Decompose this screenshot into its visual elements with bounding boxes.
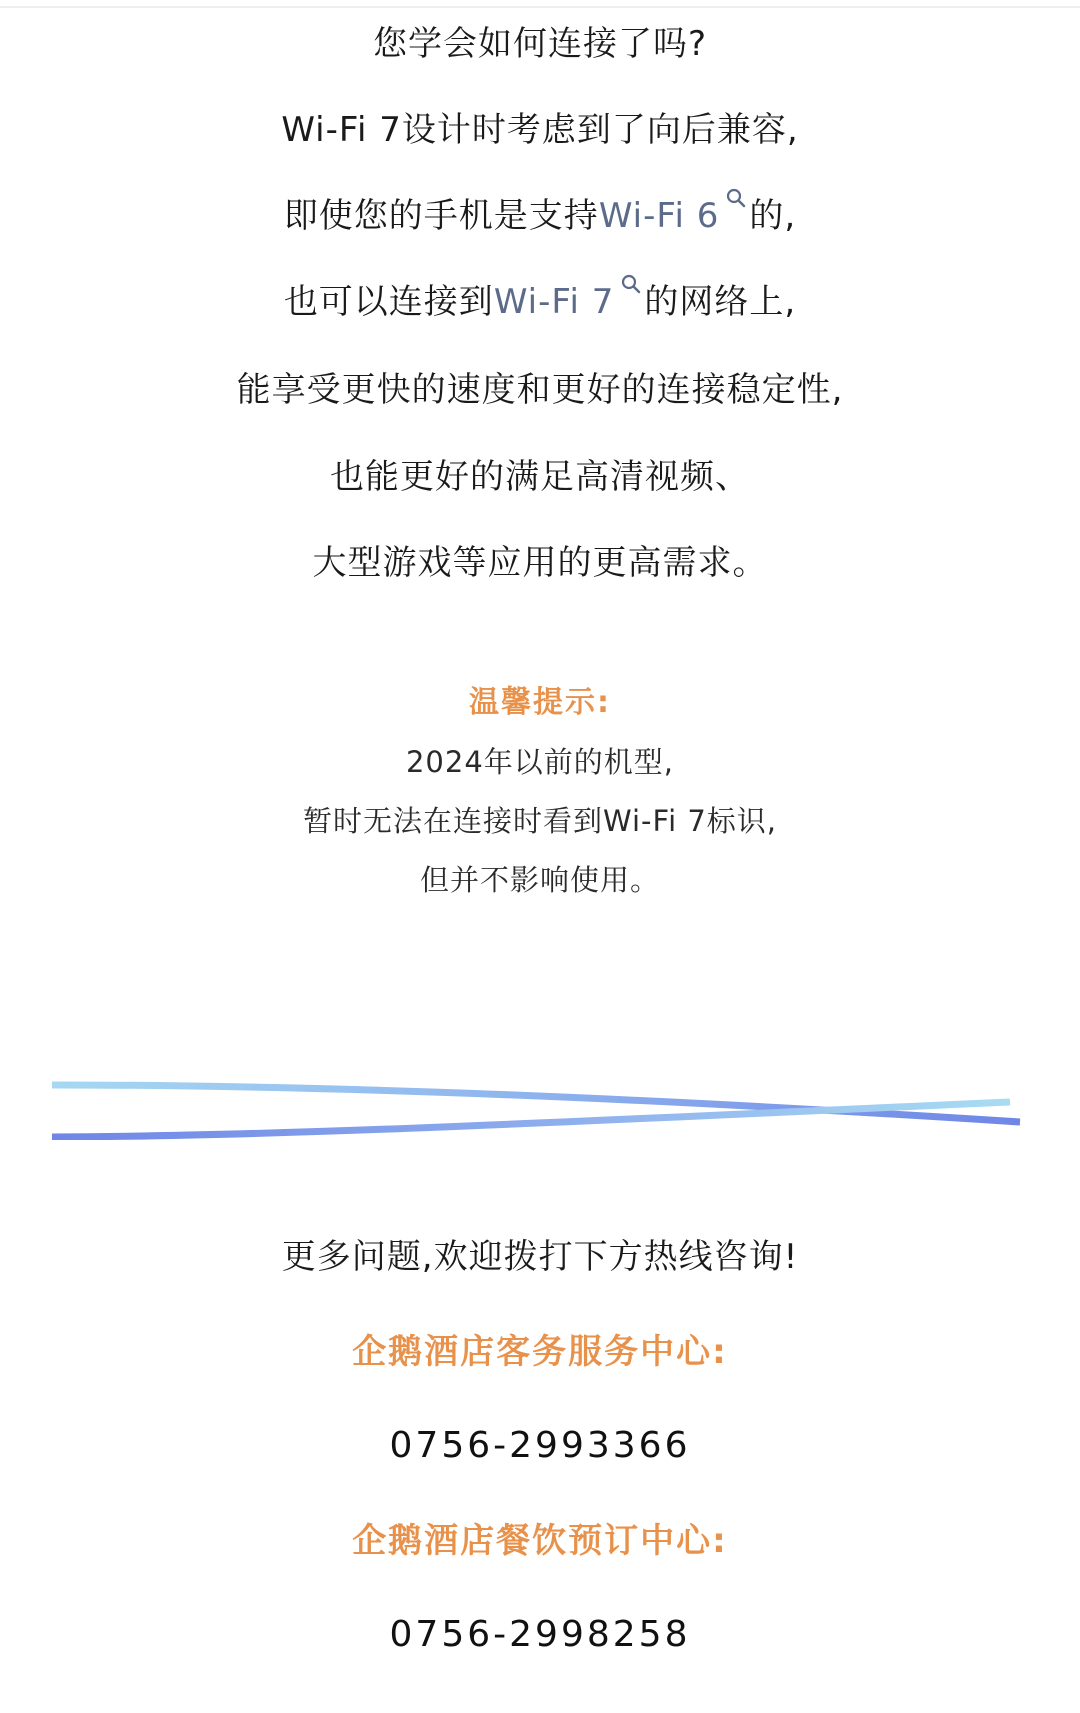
paragraph-text: 的, bbox=[749, 196, 796, 236]
intro-question: 您学会如何连接了吗? bbox=[0, 27, 1080, 61]
search-icon[interactable] bbox=[620, 273, 642, 295]
link-text: Wi-Fi 6 bbox=[599, 196, 720, 236]
tip-line: 但并不影响使用。 bbox=[0, 866, 1080, 895]
top-divider bbox=[0, 6, 1080, 8]
service-center-phone[interactable]: 0756-2993366 bbox=[0, 1428, 1080, 1464]
paragraph-line: 也可以连接到Wi-Fi 7的网络上, bbox=[0, 285, 1080, 319]
paragraph-line: 大型游戏等应用的更高需求。 bbox=[0, 546, 1080, 580]
wifi7-link[interactable]: Wi-Fi 7 bbox=[494, 282, 645, 322]
tip-line: 2024年以前的机型, bbox=[0, 748, 1080, 777]
tip-line: 暂时无法在连接时看到Wi-Fi 7标识, bbox=[0, 807, 1080, 836]
contact-prompt: 更多问题,欢迎拨打下方热线咨询! bbox=[0, 1240, 1080, 1274]
paragraph-text: 即使您的手机是支持 bbox=[284, 196, 599, 236]
tip-heading: 温馨提示: bbox=[0, 688, 1080, 718]
crossing-waves-divider-icon bbox=[0, 1050, 1080, 1140]
paragraph-line: 也能更好的满足高清视频、 bbox=[0, 460, 1080, 494]
paragraph-line: 即使您的手机是支持Wi-Fi 6的, bbox=[0, 199, 1080, 233]
paragraph-line: Wi-Fi 7设计时考虑到了向后兼容, bbox=[0, 113, 1080, 147]
link-text: Wi-Fi 7 bbox=[494, 282, 615, 322]
paragraph-line: 能享受更快的速度和更好的连接稳定性, bbox=[0, 373, 1080, 407]
search-icon[interactable] bbox=[725, 187, 747, 209]
dining-center-phone[interactable]: 0756-2998258 bbox=[0, 1617, 1080, 1653]
wifi6-link[interactable]: Wi-Fi 6 bbox=[599, 196, 750, 236]
paragraph-text: 的网络上, bbox=[644, 282, 796, 322]
dining-center-heading: 企鹅酒店餐饮预订中心: bbox=[0, 1524, 1080, 1558]
service-center-heading: 企鹅酒店客务服务中心: bbox=[0, 1335, 1080, 1369]
paragraph-text: 也可以连接到 bbox=[284, 282, 494, 322]
